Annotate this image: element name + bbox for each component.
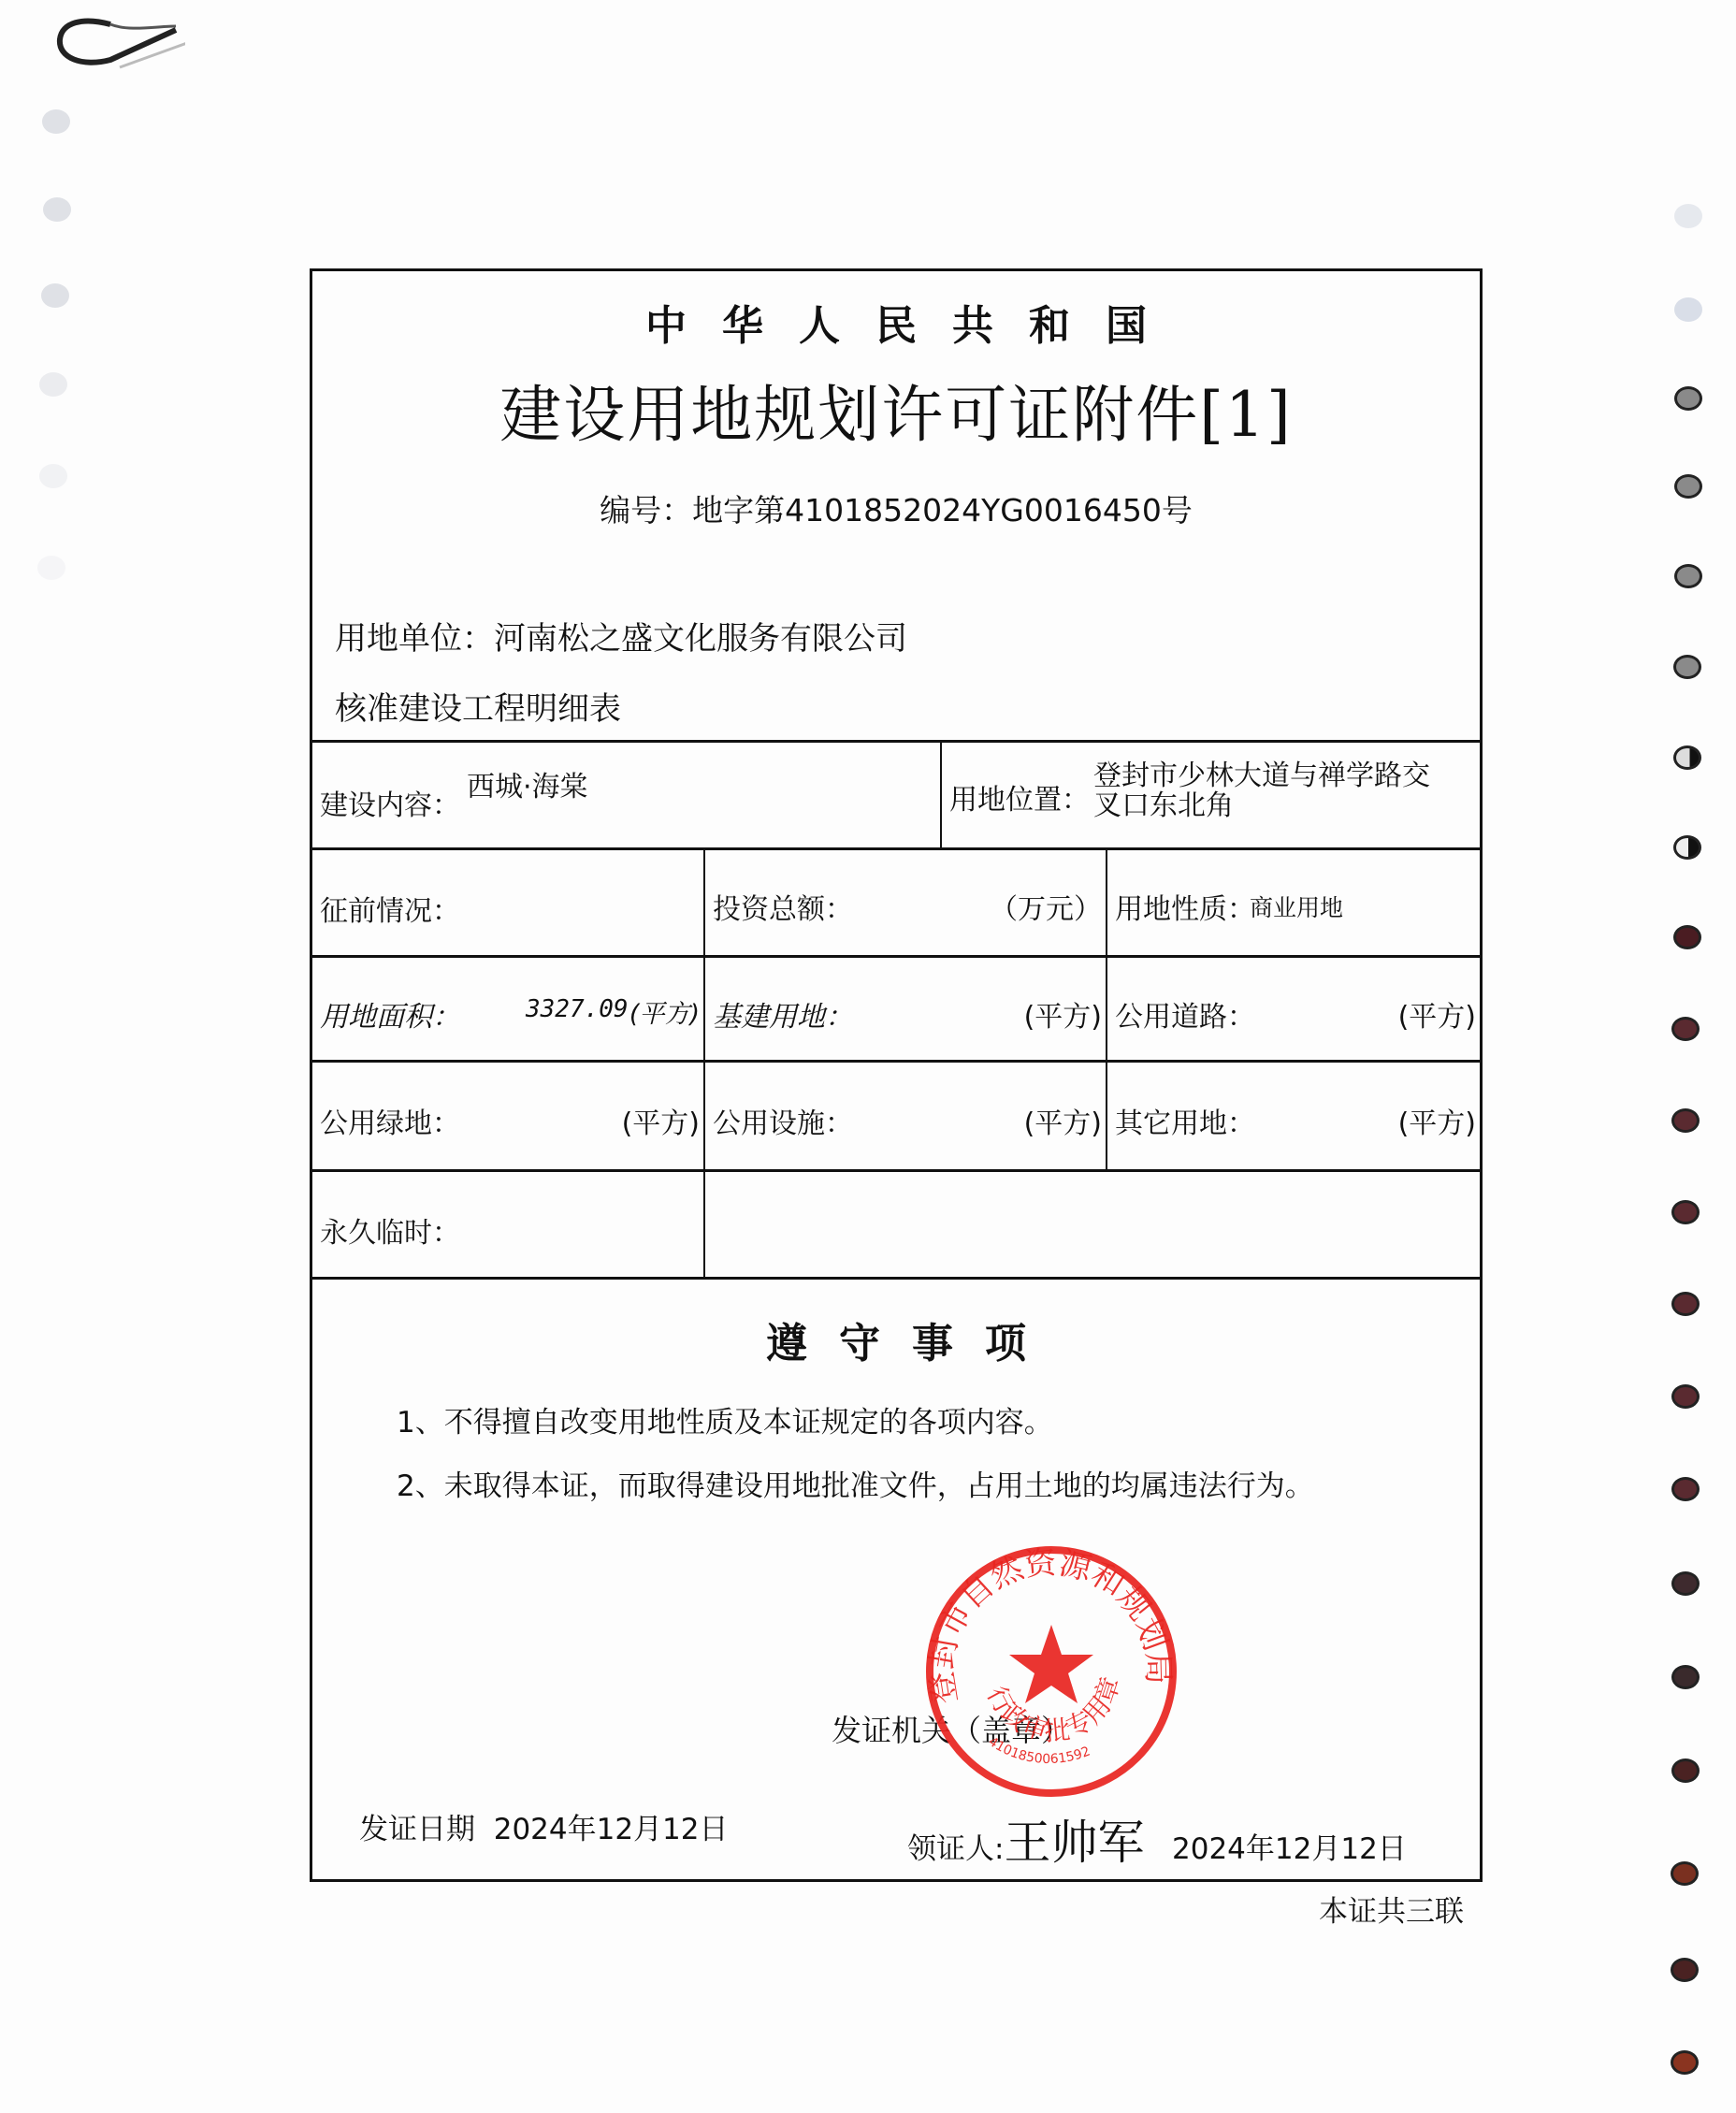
table-row: 建设内容： 西城·海棠 — [312, 743, 940, 847]
punch-hole — [39, 372, 67, 397]
punch-hole — [1673, 745, 1701, 770]
table-title: 核准建设工程明细表 — [335, 683, 621, 729]
table-row: 永久临时： — [312, 1172, 703, 1277]
cell-label: 其它用地： — [1115, 1100, 1255, 1141]
table-row: 其它用地： (平方) — [1107, 1063, 1480, 1169]
recipient-label: 领证人: — [907, 1832, 1004, 1866]
punch-hole — [37, 556, 65, 580]
punch-hole — [1671, 1571, 1700, 1596]
punch-hole — [39, 464, 67, 488]
table-row: 公用道路： (平方) — [1107, 958, 1480, 1060]
table-row: 基建用地： (平方) — [705, 958, 1106, 1060]
recipient-date: 2024年12月12日 — [1172, 1832, 1407, 1866]
punch-hole — [1671, 1477, 1700, 1501]
issue-date-label: 发证日期 — [359, 1813, 475, 1846]
permit-number: 编号：地字第4101852024YG0016450号 — [312, 486, 1480, 530]
location-line-2: 叉口东北角 — [1093, 789, 1234, 822]
table-row: 公用绿地： (平方) — [312, 1063, 703, 1169]
applicant-value: 河南松之盛文化服务有限公司 — [494, 620, 907, 658]
official-seal-icon: 登封市自然资源和规划局 行政审批专用章 4101850061592 — [922, 1542, 1180, 1801]
permit-number-label: 编号： — [600, 492, 692, 528]
cell-label: 公用道路： — [1115, 993, 1255, 1035]
cell-label: 永久临时： — [320, 1209, 460, 1251]
cell-label: 公用绿地： — [320, 1100, 460, 1141]
notes-title: 遵守事项 — [312, 1310, 1480, 1369]
cell-value: 登封市少林大道与禅学路交 叉口东北角 — [1093, 761, 1430, 821]
cell-label: 建设内容： — [320, 782, 460, 823]
issue-date: 发证日期 2024年12月12日 — [359, 1805, 729, 1847]
cell-label: 征前情况： — [320, 888, 460, 929]
punch-hole — [1671, 1958, 1699, 1982]
recipient: 领证人:王帅军 2024年12月12日 — [907, 1805, 1407, 1873]
copies-note: 本证共三联 — [1319, 1888, 1464, 1930]
punch-hole — [1674, 474, 1702, 499]
cell-value: 西城·海棠 — [467, 763, 588, 804]
paper-clip-icon — [45, 13, 185, 69]
punch-hole — [1673, 835, 1701, 860]
permit-number-value: 地字第4101852024YG0016450号 — [692, 492, 1193, 528]
punch-hole — [43, 197, 71, 222]
punch-hole — [1671, 1200, 1700, 1224]
cell-unit: (平方) — [629, 993, 700, 1030]
cell-unit: (平方) — [1024, 1100, 1102, 1141]
cell-label: 用地性质： — [1115, 886, 1255, 927]
document-title: 建设用地规划许可证附件[1] — [312, 365, 1480, 454]
note-item: 2、未取得本证，而取得建设用地批准文件，占用土地的均属违法行为。 — [397, 1462, 1314, 1504]
cell-label: 用地面积： — [320, 993, 460, 1035]
punch-hole — [1671, 1665, 1700, 1689]
punch-hole — [1671, 1861, 1699, 1886]
note-item: 1、不得擅自改变用地性质及本证规定的各项内容。 — [397, 1398, 1053, 1440]
cell-unit: (平方) — [1398, 1100, 1476, 1141]
cell-label: 投资总额： — [713, 886, 853, 927]
punch-hole — [1671, 1108, 1700, 1133]
table-row: 征前情况： — [312, 850, 703, 955]
cell-unit: (平方) — [622, 1100, 700, 1141]
punch-hole — [1674, 564, 1702, 588]
table-row: 用地面积： 3327.09 (平方) — [312, 958, 703, 1060]
cell-value: 3327.09 — [526, 995, 629, 1023]
punch-hole — [1671, 1758, 1700, 1783]
punch-hole — [1671, 2050, 1699, 2075]
recipient-signature: 王帅军 — [1004, 1816, 1144, 1870]
cell-unit: （万元） — [990, 886, 1102, 927]
punch-hole — [1671, 1384, 1700, 1409]
issue-date-value: 2024年12月12日 — [494, 1813, 729, 1846]
punch-hole — [1674, 297, 1702, 322]
punch-hole — [1671, 1017, 1700, 1041]
table-row: 用地位置： 登封市少林大道与禅学路交 叉口东北角 — [942, 743, 1480, 847]
cell-label: 基建用地： — [713, 993, 853, 1035]
cell-label: 用地位置： — [949, 776, 1090, 818]
table-row: 用地性质： 商业用地 — [1107, 850, 1480, 955]
cell-unit: (平方) — [1398, 993, 1476, 1035]
cell-label: 公用设施： — [713, 1100, 853, 1141]
punch-hole — [1671, 1292, 1700, 1316]
permit-form: 中华人民共和国 建设用地规划许可证附件[1] 编号：地字第4101852024Y… — [310, 268, 1483, 1882]
table-row: 公用设施： (平方) — [705, 1063, 1106, 1169]
cell-value: 商业用地 — [1250, 890, 1343, 923]
punch-hole — [41, 283, 69, 308]
applicant-field: 用地单位：河南松之盛文化服务有限公司 — [335, 613, 907, 659]
punch-hole — [1674, 204, 1702, 228]
punch-hole — [1673, 925, 1701, 949]
punch-hole — [1673, 655, 1701, 679]
punch-hole — [1674, 386, 1702, 411]
punch-hole — [42, 109, 70, 134]
cell-unit: (平方) — [1024, 993, 1102, 1035]
applicant-label: 用地单位： — [335, 620, 494, 658]
table-row: 投资总额： （万元） — [705, 850, 1106, 955]
country-heading: 中华人民共和国 — [312, 292, 1480, 352]
location-line-1: 登封市少林大道与禅学路交 — [1093, 760, 1430, 792]
